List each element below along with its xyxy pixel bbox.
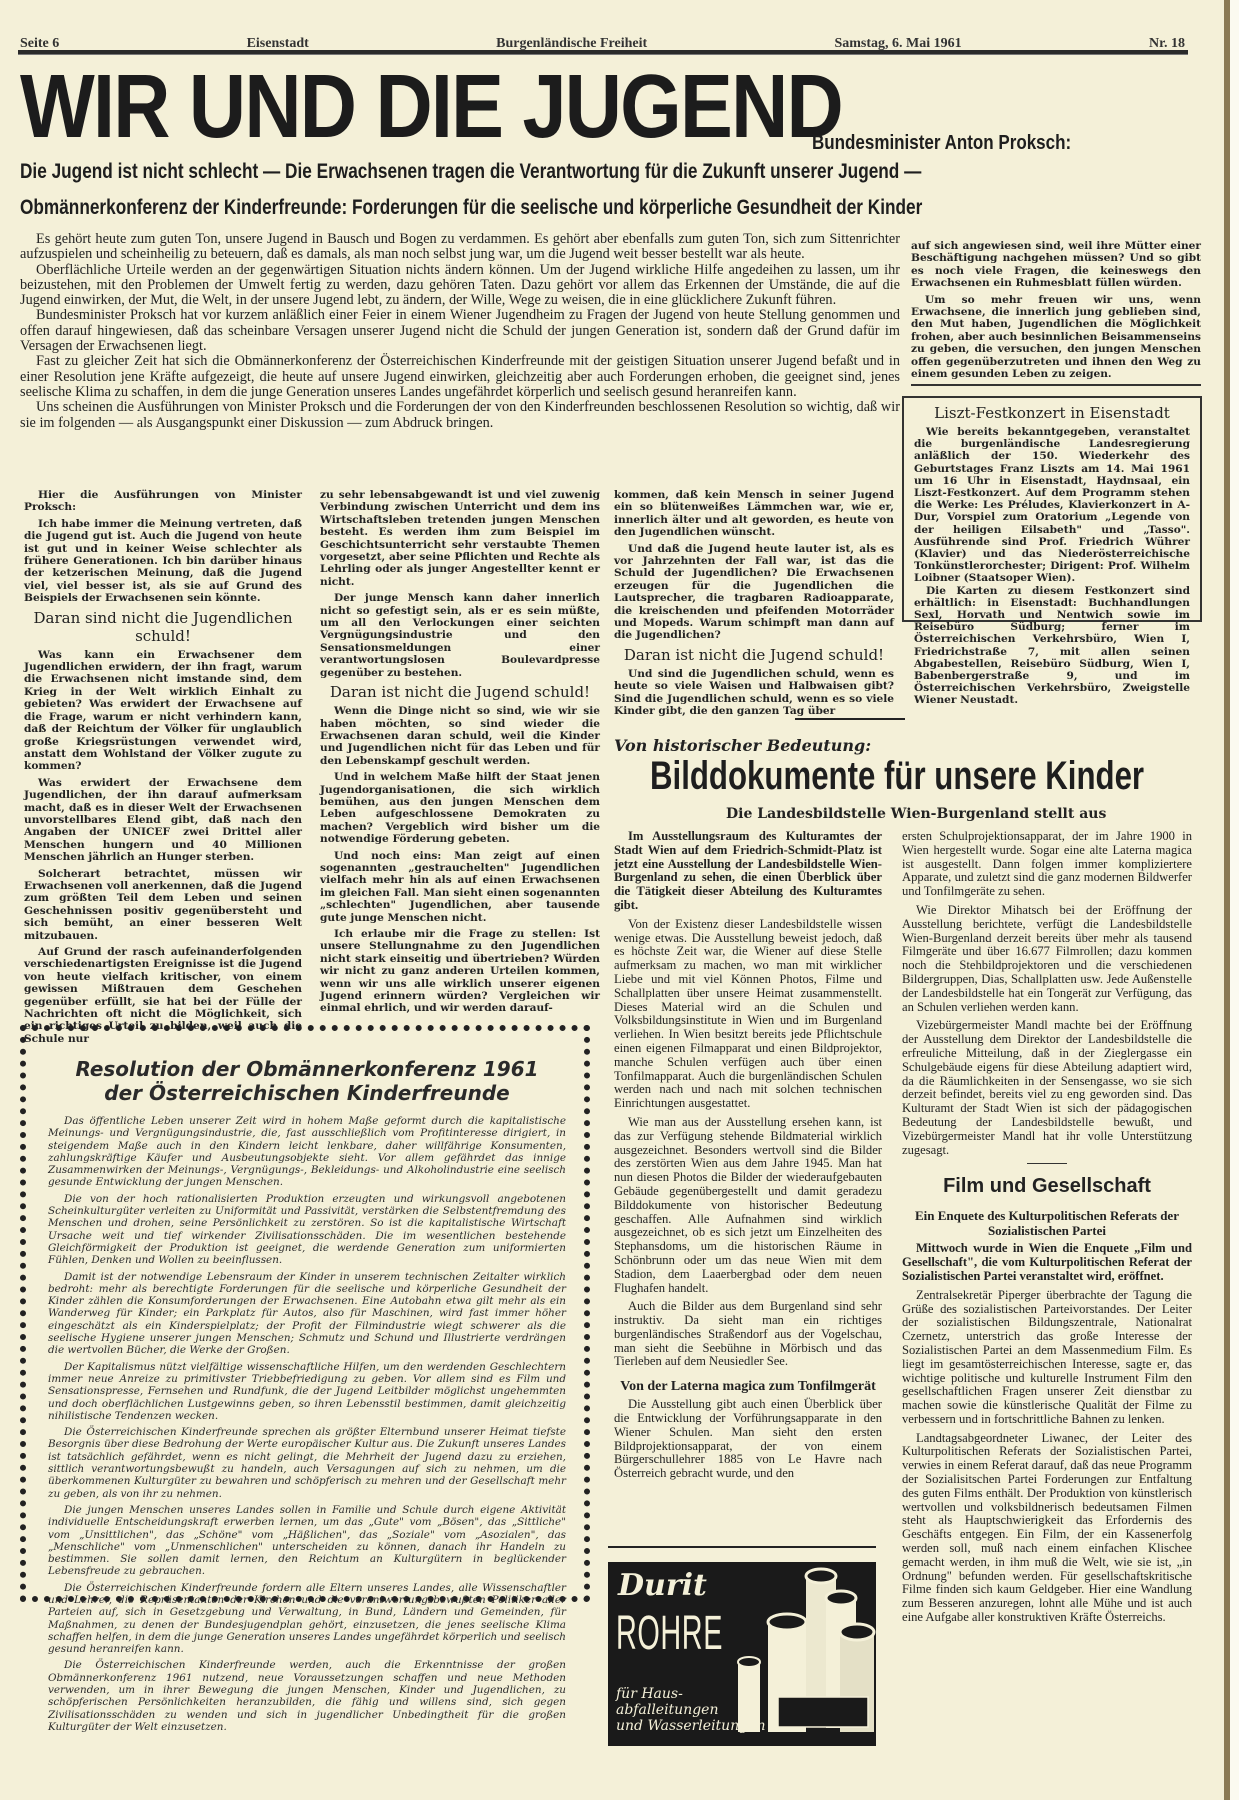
paragraph: Der junge Mensch kann daher innerlich ni…: [320, 592, 600, 679]
resolution-box: Resolution der Obmännerkonferenz 1961 de…: [20, 1025, 590, 1602]
paragraph: Auch die Bilder aus dem Burgenland sind …: [614, 1300, 882, 1369]
paragraph: Landtagsabgeordneter Liwanec, der Leiter…: [902, 1432, 1192, 1625]
paragraph: Mittwoch wurde in Wien die Enquete „Film…: [902, 1242, 1192, 1283]
paragraph: Was kann ein Erwachsener dem Jugendliche…: [24, 649, 302, 773]
bild-headline: Bilddokumente für unsere Kinder: [650, 754, 1144, 799]
paragraph: Wie man aus der Ausstellung ersehen kann…: [614, 1116, 882, 1295]
section-heading: Daran ist nicht die Jugend schuld!: [320, 683, 600, 701]
paragraph: Der Kapitalismus nützt vielfältige wisse…: [48, 1361, 566, 1422]
ad-brand: Durit: [618, 1568, 707, 1603]
paragraph: Die Karten zu diesem Festkonzert sind er…: [914, 585, 1190, 707]
paragraph: Und in welchem Maße hilft der Staat jene…: [320, 771, 600, 845]
paragraph: auf sich angewiesen sind, weil ihre Mütt…: [911, 240, 1201, 290]
resolution-title: Resolution der Obmännerkonferenz 1961 de…: [48, 1057, 566, 1105]
paragraph: Die Ausstellung gibt auch einen Überblic…: [614, 1398, 882, 1481]
paragraph: Wenn die Dinge nicht so sind, wie wir si…: [320, 705, 600, 767]
paragraph: ersten Schulprojektionsapparat, der im J…: [902, 830, 1192, 899]
ad-tagline-3: und Wasserleitungen: [616, 1718, 765, 1734]
paragraph: Die Österreichischen Kinderfreunde werde…: [48, 1659, 566, 1733]
section-heading: Daran ist nicht die Jugend schuld!: [614, 646, 894, 664]
paragraph: Wie bereits bekanntgegeben, veranstaltet…: [914, 426, 1190, 585]
bild-kicker: Von historischer Bedeutung:: [614, 736, 871, 755]
film-headline: Film und Gesellschaft: [902, 1174, 1192, 1198]
resolution-title-line-2: der Österreichischen Kinderfreunde: [104, 1081, 509, 1105]
bild-column-2: ersten Schulprojektionsapparat, der im J…: [902, 830, 1192, 1630]
lead-continuation: auf sich angewiesen sind, weil ihre Mütt…: [911, 240, 1201, 386]
film-subhead: Ein Enquete des Kulturpolitischen Refera…: [902, 1208, 1192, 1238]
ad-product: ROHRE: [616, 1606, 723, 1661]
paragraph: Ich habe immer die Meinung vertreten, da…: [24, 518, 302, 605]
paragraph: Die von der hoch rationalisierten Produk…: [48, 1193, 566, 1267]
paragraph: Im Ausstellungsraum des Kulturamtes der …: [614, 830, 882, 913]
durit-advertisement: Durit ROHRE für Haus- abfalleitungen und…: [608, 1562, 876, 1746]
paragraph: Und daß die Jugend heute lauter ist, als…: [614, 543, 894, 642]
section-heading: Daran sind nicht die Jugendlichen schuld…: [24, 609, 302, 645]
ad-tagline: für Haus- abfalleitungen und Wasserleitu…: [616, 1686, 765, 1734]
paragraph: Vizebürgermeister Mandl machte bei der E…: [902, 1019, 1192, 1157]
divider: [608, 1546, 876, 1548]
paragraph: Von der Existenz dieser Landesbildstelle…: [614, 918, 882, 1111]
intro-paragraph: Fast zu gleicher Zeit hat sich die Obmän…: [20, 354, 900, 400]
bild-subhead: Die Landesbildstelle Wien-Burgenland ste…: [726, 806, 1106, 822]
paragraph: Was erwidert der Erwachsene dem Jugendli…: [24, 777, 302, 864]
divider: [795, 718, 905, 720]
lead-subhead-1: Die Jugend ist nicht schlecht — Die Erwa…: [20, 160, 921, 184]
intro-paragraph: Oberflächliche Urteile werden an der geg…: [20, 263, 900, 309]
paragraph: Das öffentliche Leben unserer Zeit wird …: [48, 1115, 566, 1189]
lead-subhead-2: Obmännerkonferenz der Kinderfreunde: For…: [20, 196, 922, 220]
intro-paragraph: Uns scheinen die Ausführungen von Minist…: [20, 400, 900, 431]
masthead: Seite 6 Eisenstadt Burgenländische Freih…: [20, 20, 1185, 52]
paragraph: zu sehr lebensabgewandt ist und viel zuw…: [320, 489, 600, 588]
paragraph: Die Österreichischen Kinderfreunde sprec…: [48, 1426, 566, 1500]
lead-kicker: Bundesminister Anton Proksch:: [812, 132, 1071, 155]
lead-headline: WIR UND DIE JUGEND: [20, 62, 842, 152]
paragraph: Damit ist der notwendige Lebensraum der …: [48, 1271, 566, 1357]
bild-column-1: Im Ausstellungsraum des Kulturamtes der …: [614, 830, 882, 1486]
paragraph: Die jungen Menschen unseres Landes solle…: [48, 1504, 566, 1578]
liszt-concert-box: Liszt-Festkonzert in Eisenstadt Wie bere…: [902, 396, 1202, 622]
lead-intro: Es gehört heute zum guten Ton, unsere Ju…: [20, 232, 900, 431]
intro-paragraph: Es gehört heute zum guten Ton, unsere Ju…: [20, 232, 900, 263]
intro-paragraph: Bundesminister Proksch hat vor kurzem an…: [20, 308, 900, 354]
paragraph: Ich erlaube mir die Frage zu stellen: Is…: [320, 928, 600, 1015]
paragraph: Hier die Ausführungen von Minister Proks…: [24, 489, 302, 514]
paragraph: Und sind die Jugendlichen schuld, wenn e…: [614, 668, 894, 718]
ad-tagline-2: abfalleitungen: [616, 1702, 718, 1718]
lead-column-2: zu sehr lebensabgewandt ist und viel zuw…: [320, 489, 600, 1019]
lead-column-3: kommen, daß kein Mensch in seiner Jugend…: [614, 489, 894, 722]
newspaper-page: Seite 6 Eisenstadt Burgenländische Freih…: [0, 0, 1230, 1800]
paragraph: kommen, daß kein Mensch in seiner Jugend…: [614, 489, 894, 539]
paragraph: Solcherart betrachtet, müssen wir Erwach…: [24, 868, 302, 942]
paragraph: Und noch eins: Man zeigt auf einen sogen…: [320, 850, 600, 924]
paragraph: Wie Direktor Mihatsch bei der Eröffnung …: [902, 904, 1192, 1014]
ad-tagline-1: für Haus-: [616, 1686, 683, 1702]
paragraph: Um so mehr freuen wir uns, wenn Erwachse…: [911, 294, 1201, 381]
paragraph: Zentralsekretär Piperger überbrachte der…: [902, 1289, 1192, 1427]
resolution-title-line-1: Resolution der Obmännerkonferenz 1961: [75, 1057, 538, 1081]
section-heading: Von der Laterna magica zum Tonfilmgerät: [614, 1379, 882, 1394]
liszt-title: Liszt-Festkonzert in Eisenstadt: [914, 404, 1190, 422]
lead-column-1: Hier die Ausführungen von Minister Proks…: [24, 489, 302, 1049]
paragraph: Die Österreichischen Kinderfreunde forde…: [48, 1582, 566, 1656]
masthead-rule: [18, 50, 1188, 55]
